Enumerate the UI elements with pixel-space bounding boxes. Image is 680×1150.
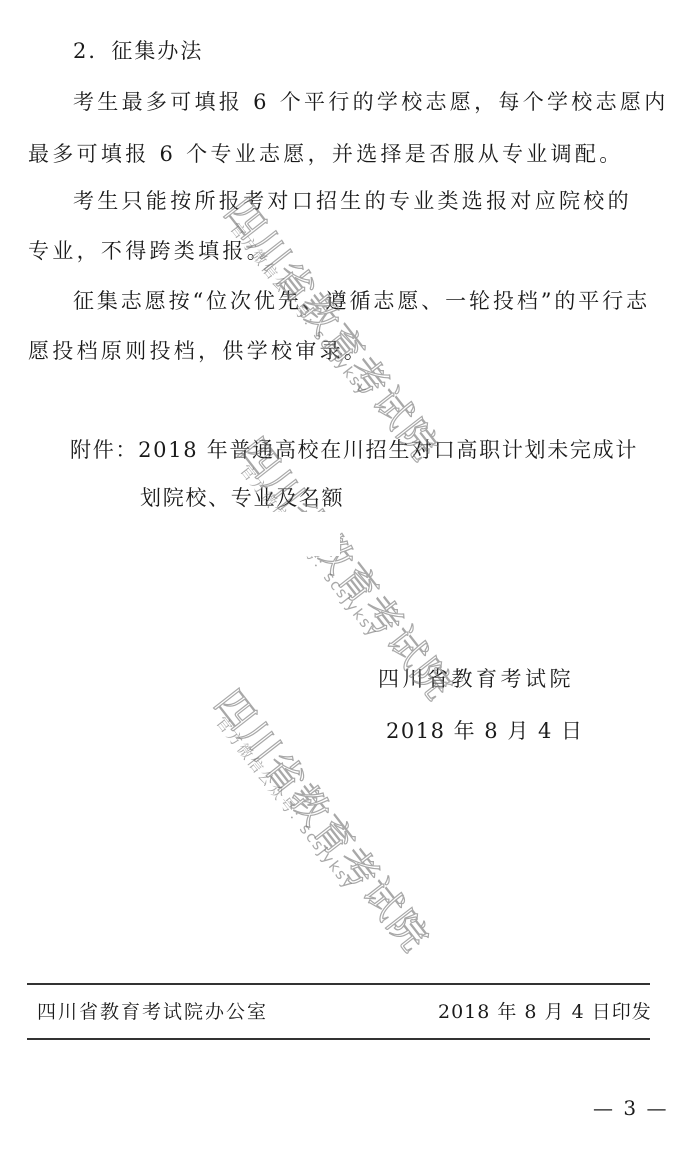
document-page: 2．征集办法 考生最多可填报 6 个平行的学校志愿，每个学校志愿内 最多可填报 …: [0, 0, 680, 1150]
watermark-occlusion: [230, 512, 340, 556]
footer-divider-top: [27, 983, 650, 985]
footer-issue-date: 2018 年 8 月 4 日印发: [438, 1000, 652, 1024]
signature-date: 2018 年 8 月 4 日: [386, 718, 584, 744]
watermark-subtitle: 官方微信公众号：scsjyksy: [211, 712, 359, 894]
signature-organization: 四川省教育考试院: [378, 666, 574, 692]
attachment-line-1: 附件：2018 年普通高校在川招生对口高职计划未完成计: [70, 437, 638, 463]
paragraph-3-line-2: 愿投档原则投档，供学校审录。: [28, 338, 368, 364]
paragraph-2-line-2: 专业，不得跨类填报。: [28, 238, 271, 264]
section-heading: 2．征集办法: [73, 38, 203, 64]
footer-divider-bottom: [27, 1038, 650, 1040]
paragraph-1-line-2: 最多可填报 6 个专业志愿，并选择是否服从专业调配。: [28, 141, 624, 167]
paragraph-2-line-1: 考生只能按所报考对口招生的专业类选报对应院校的: [73, 188, 632, 214]
footer-issuer: 四川省教育考试院办公室: [37, 1000, 268, 1024]
page-number: — 3 —: [593, 1096, 668, 1120]
paragraph-1-line-1: 考生最多可填报 6 个平行的学校志愿，每个学校志愿内: [73, 89, 669, 115]
attachment-line-2: 划院校、专业及名额: [140, 485, 344, 511]
paragraph-3-line-1: 征集志愿按“位次优先、遵循志愿、一轮投档”的平行志: [73, 288, 650, 314]
watermark-title: 四川省教育考试院: [215, 185, 455, 471]
